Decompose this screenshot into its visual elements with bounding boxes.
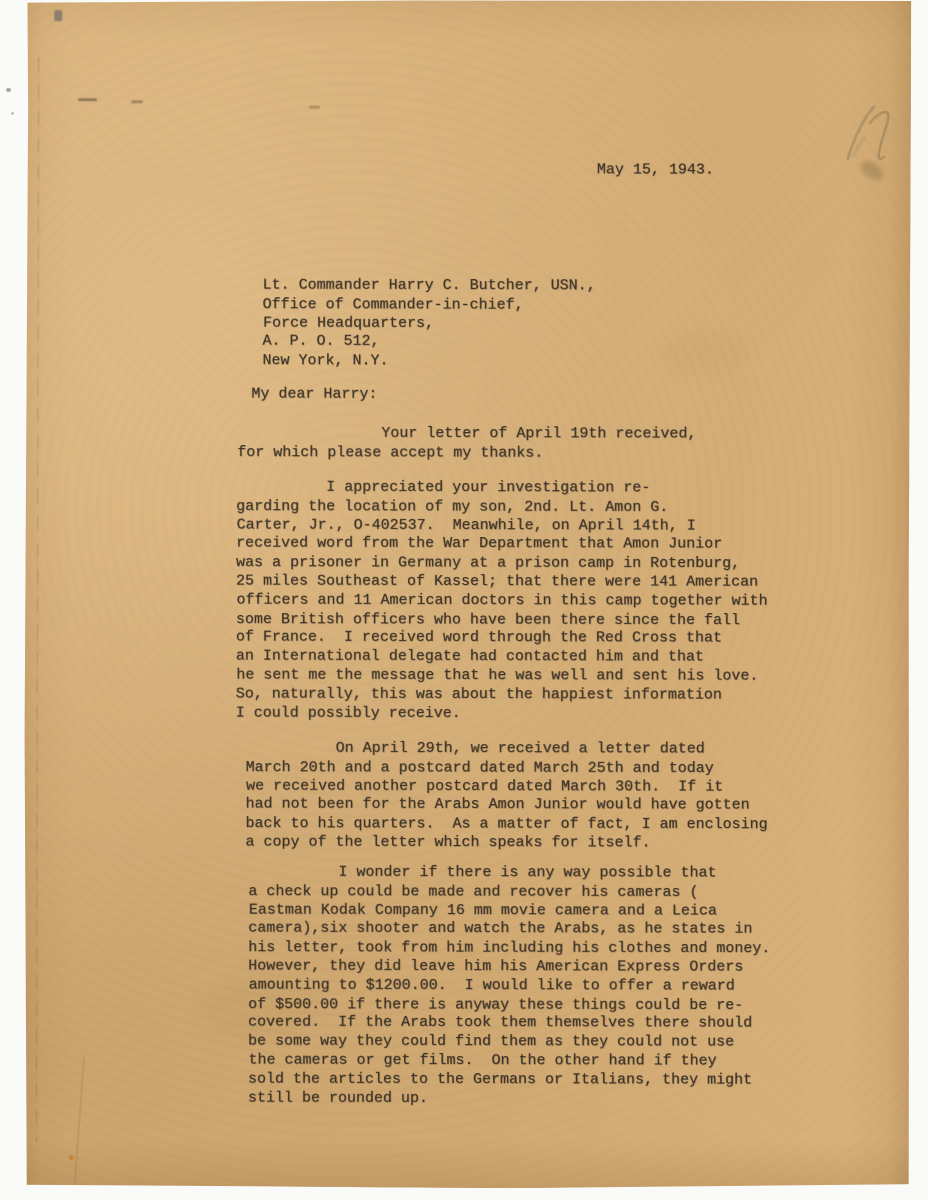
scanner-speck: [6, 88, 11, 92]
fold-crease: [36, 57, 39, 1142]
text-line: of France. I received word through the R…: [236, 629, 767, 649]
paper-stain-speck: [69, 1155, 74, 1160]
text-line: a copy of the letter which speaks for it…: [245, 834, 767, 854]
text-line: still be rounded up.: [248, 1089, 770, 1109]
text-line: sold the articles to the Germans or Ital…: [248, 1070, 770, 1090]
letter-paragraph-2: I appreciated your investigation re-gard…: [236, 479, 768, 724]
text-line: A. P. O. 512,: [263, 333, 596, 352]
recipient-address: Lt. Commander Harry C. Butcher, USN.,Off…: [262, 277, 595, 372]
text-line: was a prisoner in Germany at a prison ca…: [236, 554, 767, 574]
letter-paragraph-4: I wonder if there is any way possible th…: [248, 864, 771, 1109]
text-line: of $500.00 if there is anyway these thin…: [248, 996, 770, 1016]
scan-background: May 15, 1943. Lt. Commander Harry C. But…: [0, 0, 928, 1200]
ink-smudge: [78, 98, 97, 101]
text-line: I wonder if there is any way possible th…: [248, 864, 770, 884]
text-line: his letter, took from him including his …: [248, 939, 770, 959]
text-line: March 20th and a postcard dated March 25…: [246, 759, 768, 779]
fold-crease-bottom: [74, 1057, 84, 1183]
text-line: covered. If the Arabs took them themselv…: [248, 1014, 770, 1034]
text-line: back to his quarters. As a matter of fac…: [245, 815, 767, 835]
text-line: amounting to $1200.00. I would like to o…: [249, 976, 771, 996]
text-line: Lt. Commander Harry C. Butcher, USN.,: [263, 277, 596, 296]
text-line: garding the location of my son, 2nd. Lt.…: [236, 498, 767, 518]
text-line: received word from the War Department th…: [236, 535, 767, 555]
text-line: officers and 11 American doctors in this…: [236, 591, 767, 611]
text-line: New York, N.Y.: [262, 352, 595, 371]
text-line: we received another postcard dated March…: [246, 777, 768, 797]
ink-smudge: [131, 100, 143, 103]
letter-page: May 15, 1943. Lt. Commander Harry C. But…: [19, 0, 911, 1189]
scanner-speck: [11, 112, 14, 115]
text-line: 25 miles Southeast of Kassel; that there…: [236, 573, 767, 593]
text-line: So, naturally, this was about the happie…: [236, 685, 767, 705]
letter-paragraph-3: On April 29th, we received a letter date…: [245, 740, 767, 854]
text-line: On April 29th, we received a letter date…: [246, 740, 768, 760]
letter-date: May 15, 1943.: [597, 161, 714, 180]
text-line: However, they did leave him his American…: [248, 958, 770, 978]
letter-paragraph-1: Your letter of April 19th received,for w…: [237, 425, 696, 464]
ink-smudge: [309, 106, 320, 109]
text-line: Your letter of April 19th received,: [237, 425, 696, 445]
text-line: be some way they could find them as they…: [248, 1033, 770, 1053]
text-line: for which please accept my thanks.: [237, 444, 696, 464]
salutation: My dear Harry:: [251, 386, 377, 405]
text-line: camera),six shooter and watch the Arabs,…: [248, 920, 770, 940]
text-line: had not been for the Arabs Amon Junior w…: [246, 796, 768, 816]
paper-stain: [660, 330, 750, 376]
text-line: an International delegate had contacted …: [236, 648, 767, 668]
text-line: Eastman Kodak Company 16 mm movie camera…: [249, 901, 771, 921]
text-line: some British officers who have been ther…: [236, 610, 767, 630]
text-line: I could possibly receive.: [236, 704, 767, 724]
text-line: Force Headquarters,: [263, 314, 596, 333]
text-line: the cameras or get films. On the other h…: [249, 1052, 771, 1072]
text-line: he sent me the message that he was well …: [236, 666, 767, 686]
staple-mark: [54, 10, 62, 21]
text-line: Office of Commander-in-chief,: [263, 296, 596, 315]
text-line: Carter, Jr., O-402537. Meanwhile, on Apr…: [237, 516, 768, 536]
text-line: I appreciated your investigation re-: [236, 479, 767, 499]
text-line: a check up could be made and recover his…: [248, 883, 770, 903]
